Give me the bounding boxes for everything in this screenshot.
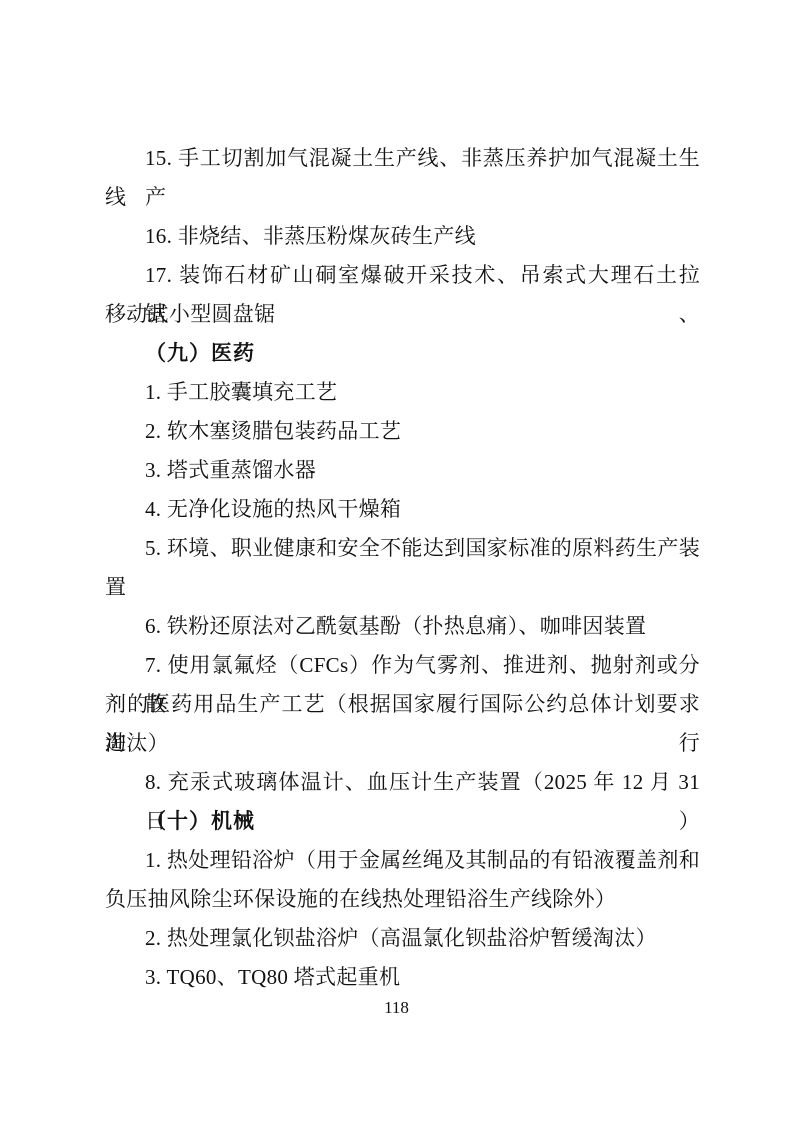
- text-line: 8. 充汞式玻璃体温计、血压计生产装置（2025 年 12 月 31 日）: [105, 763, 700, 802]
- text-line: 15. 手工切割加气混凝土生产线、非蒸压养护加气混凝土生产: [105, 139, 700, 178]
- text-line: 线: [105, 178, 700, 217]
- text-line: 17. 装饰石材矿山硐室爆破开采技术、吊索式大理石土拉锯、: [105, 256, 700, 295]
- text-line: 4. 无净化设施的热风干燥箱: [105, 490, 700, 529]
- section-heading: （九）医药: [105, 334, 700, 373]
- text-line: 1. 热处理铅浴炉（用于金属丝绳及其制品的有铅液覆盖剂和: [105, 841, 700, 880]
- text-line: 3. 塔式重蒸馏水器: [105, 451, 700, 490]
- text-line: 5. 环境、职业健康和安全不能达到国家标准的原料药生产装: [105, 529, 700, 568]
- text-line: 16. 非烧结、非蒸压粉煤灰砖生产线: [105, 217, 700, 256]
- text-line: 6. 铁粉还原法对乙酰氨基酚（扑热息痛）、咖啡因装置: [105, 607, 700, 646]
- text-line: 置: [105, 568, 700, 607]
- text-line: 7. 使用氯氟烃（CFCs）作为气雾剂、推进剂、抛射剂或分散: [105, 646, 700, 685]
- page-number: 118: [0, 996, 793, 1020]
- text-line: 2. 热处理氯化钡盐浴炉（高温氯化钡盐浴炉暂缓淘汰）: [105, 919, 700, 958]
- text-line: 剂的医药用品生产工艺（根据国家履行国际公约总体计划要求进行: [105, 685, 700, 724]
- document-body: 15. 手工切割加气混凝土生产线、非蒸压养护加气混凝土生产线16. 非烧结、非蒸…: [105, 139, 700, 997]
- text-line: 1. 手工胶囊填充工艺: [105, 373, 700, 412]
- document-page: 15. 手工切割加气混凝土生产线、非蒸压养护加气混凝土生产线16. 非烧结、非蒸…: [0, 0, 793, 1122]
- text-line: 负压抽风除尘环保设施的在线热处理铅浴生产线除外）: [105, 880, 700, 919]
- text-line: 3. TQ60、TQ80 塔式起重机: [105, 958, 700, 997]
- text-line: 2. 软木塞烫腊包装药品工艺: [105, 412, 700, 451]
